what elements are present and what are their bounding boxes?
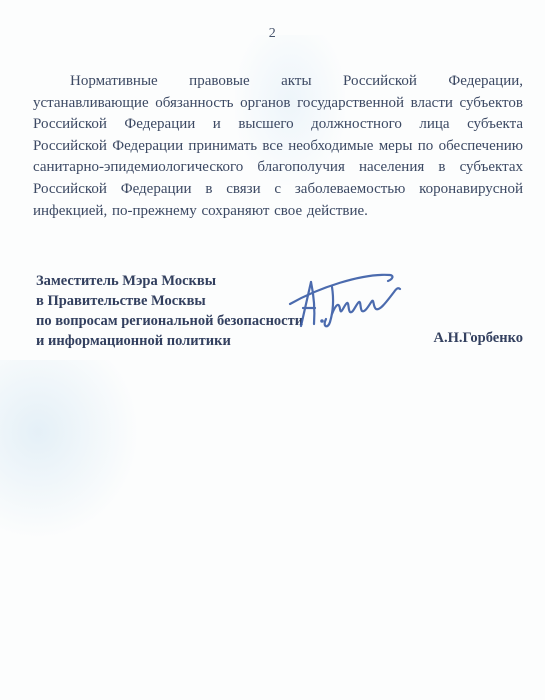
signer-name: А.Н.Горбенко <box>433 330 523 347</box>
scan-smudge <box>0 360 140 540</box>
body-paragraph: Нормативные правовые акты Российской Фед… <box>33 71 523 222</box>
page-number: 2 <box>0 26 545 42</box>
handwritten-signature-icon <box>280 258 405 336</box>
document-page: 2 Нормативные правовые акты Российской Ф… <box>0 0 545 700</box>
